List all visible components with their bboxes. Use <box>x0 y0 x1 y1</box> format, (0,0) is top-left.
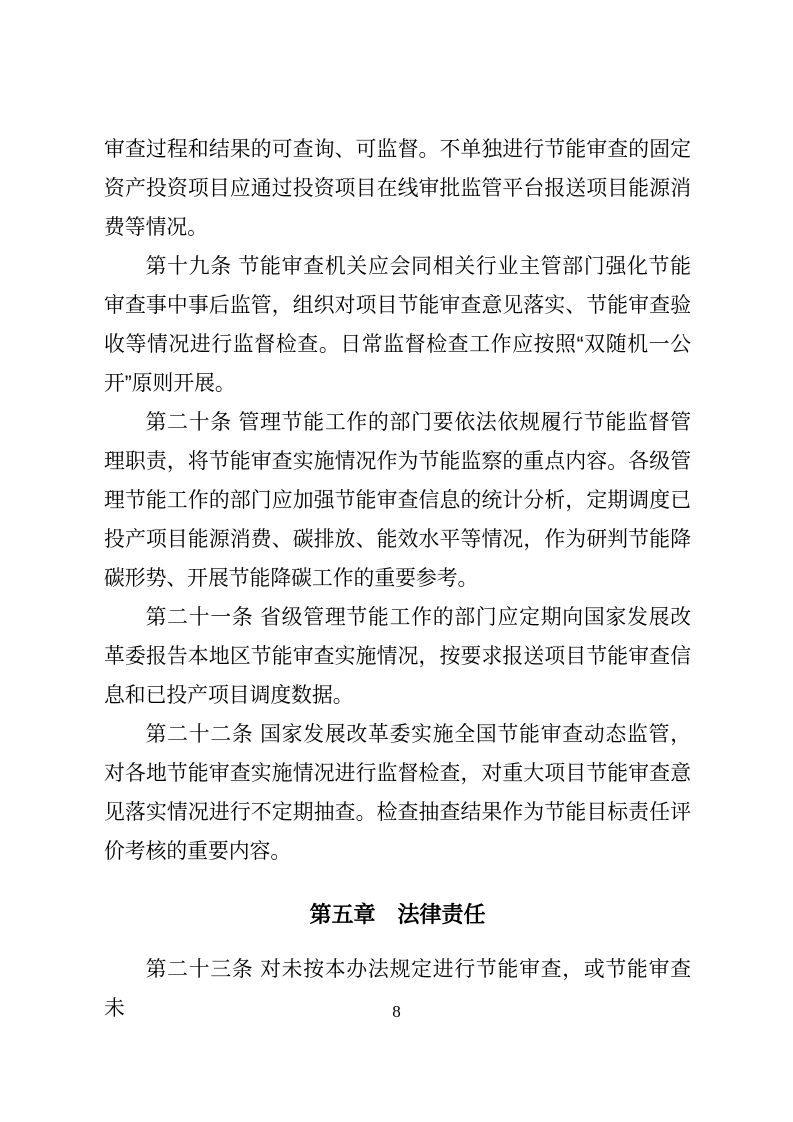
article-19-paragraph: 第十九条 节能审查机关应会同相关行业主管部门强化节能审查事中事后监管，组织对项目… <box>104 247 691 403</box>
document-page: 审查过程和结果的可查询、可监督。不单独进行节能审查的固定资产投资项目应通过投资项… <box>0 0 793 1122</box>
article-21-paragraph: 第二十一条 省级管理节能工作的部门应定期向国家发展改革委报告本地区节能审查实施情… <box>104 598 691 715</box>
page-number: 8 <box>0 1000 793 1024</box>
document-body: 审查过程和结果的可查询、可监督。不单独进行节能审查的固定资产投资项目应通过投资项… <box>104 130 691 1028</box>
article-22-paragraph: 第二十二条 国家发展改革委实施全国节能审查动态监管，对各地节能审查实施情况进行监… <box>104 715 691 871</box>
article-20-paragraph: 第二十条 管理节能工作的部门要依法依规履行节能监督管理职责，将节能审查实施情况作… <box>104 403 691 598</box>
chapter-5-heading: 第五章 法律责任 <box>104 895 691 934</box>
paragraph-continuation: 审查过程和结果的可查询、可监督。不单独进行节能审查的固定资产投资项目应通过投资项… <box>104 130 691 247</box>
